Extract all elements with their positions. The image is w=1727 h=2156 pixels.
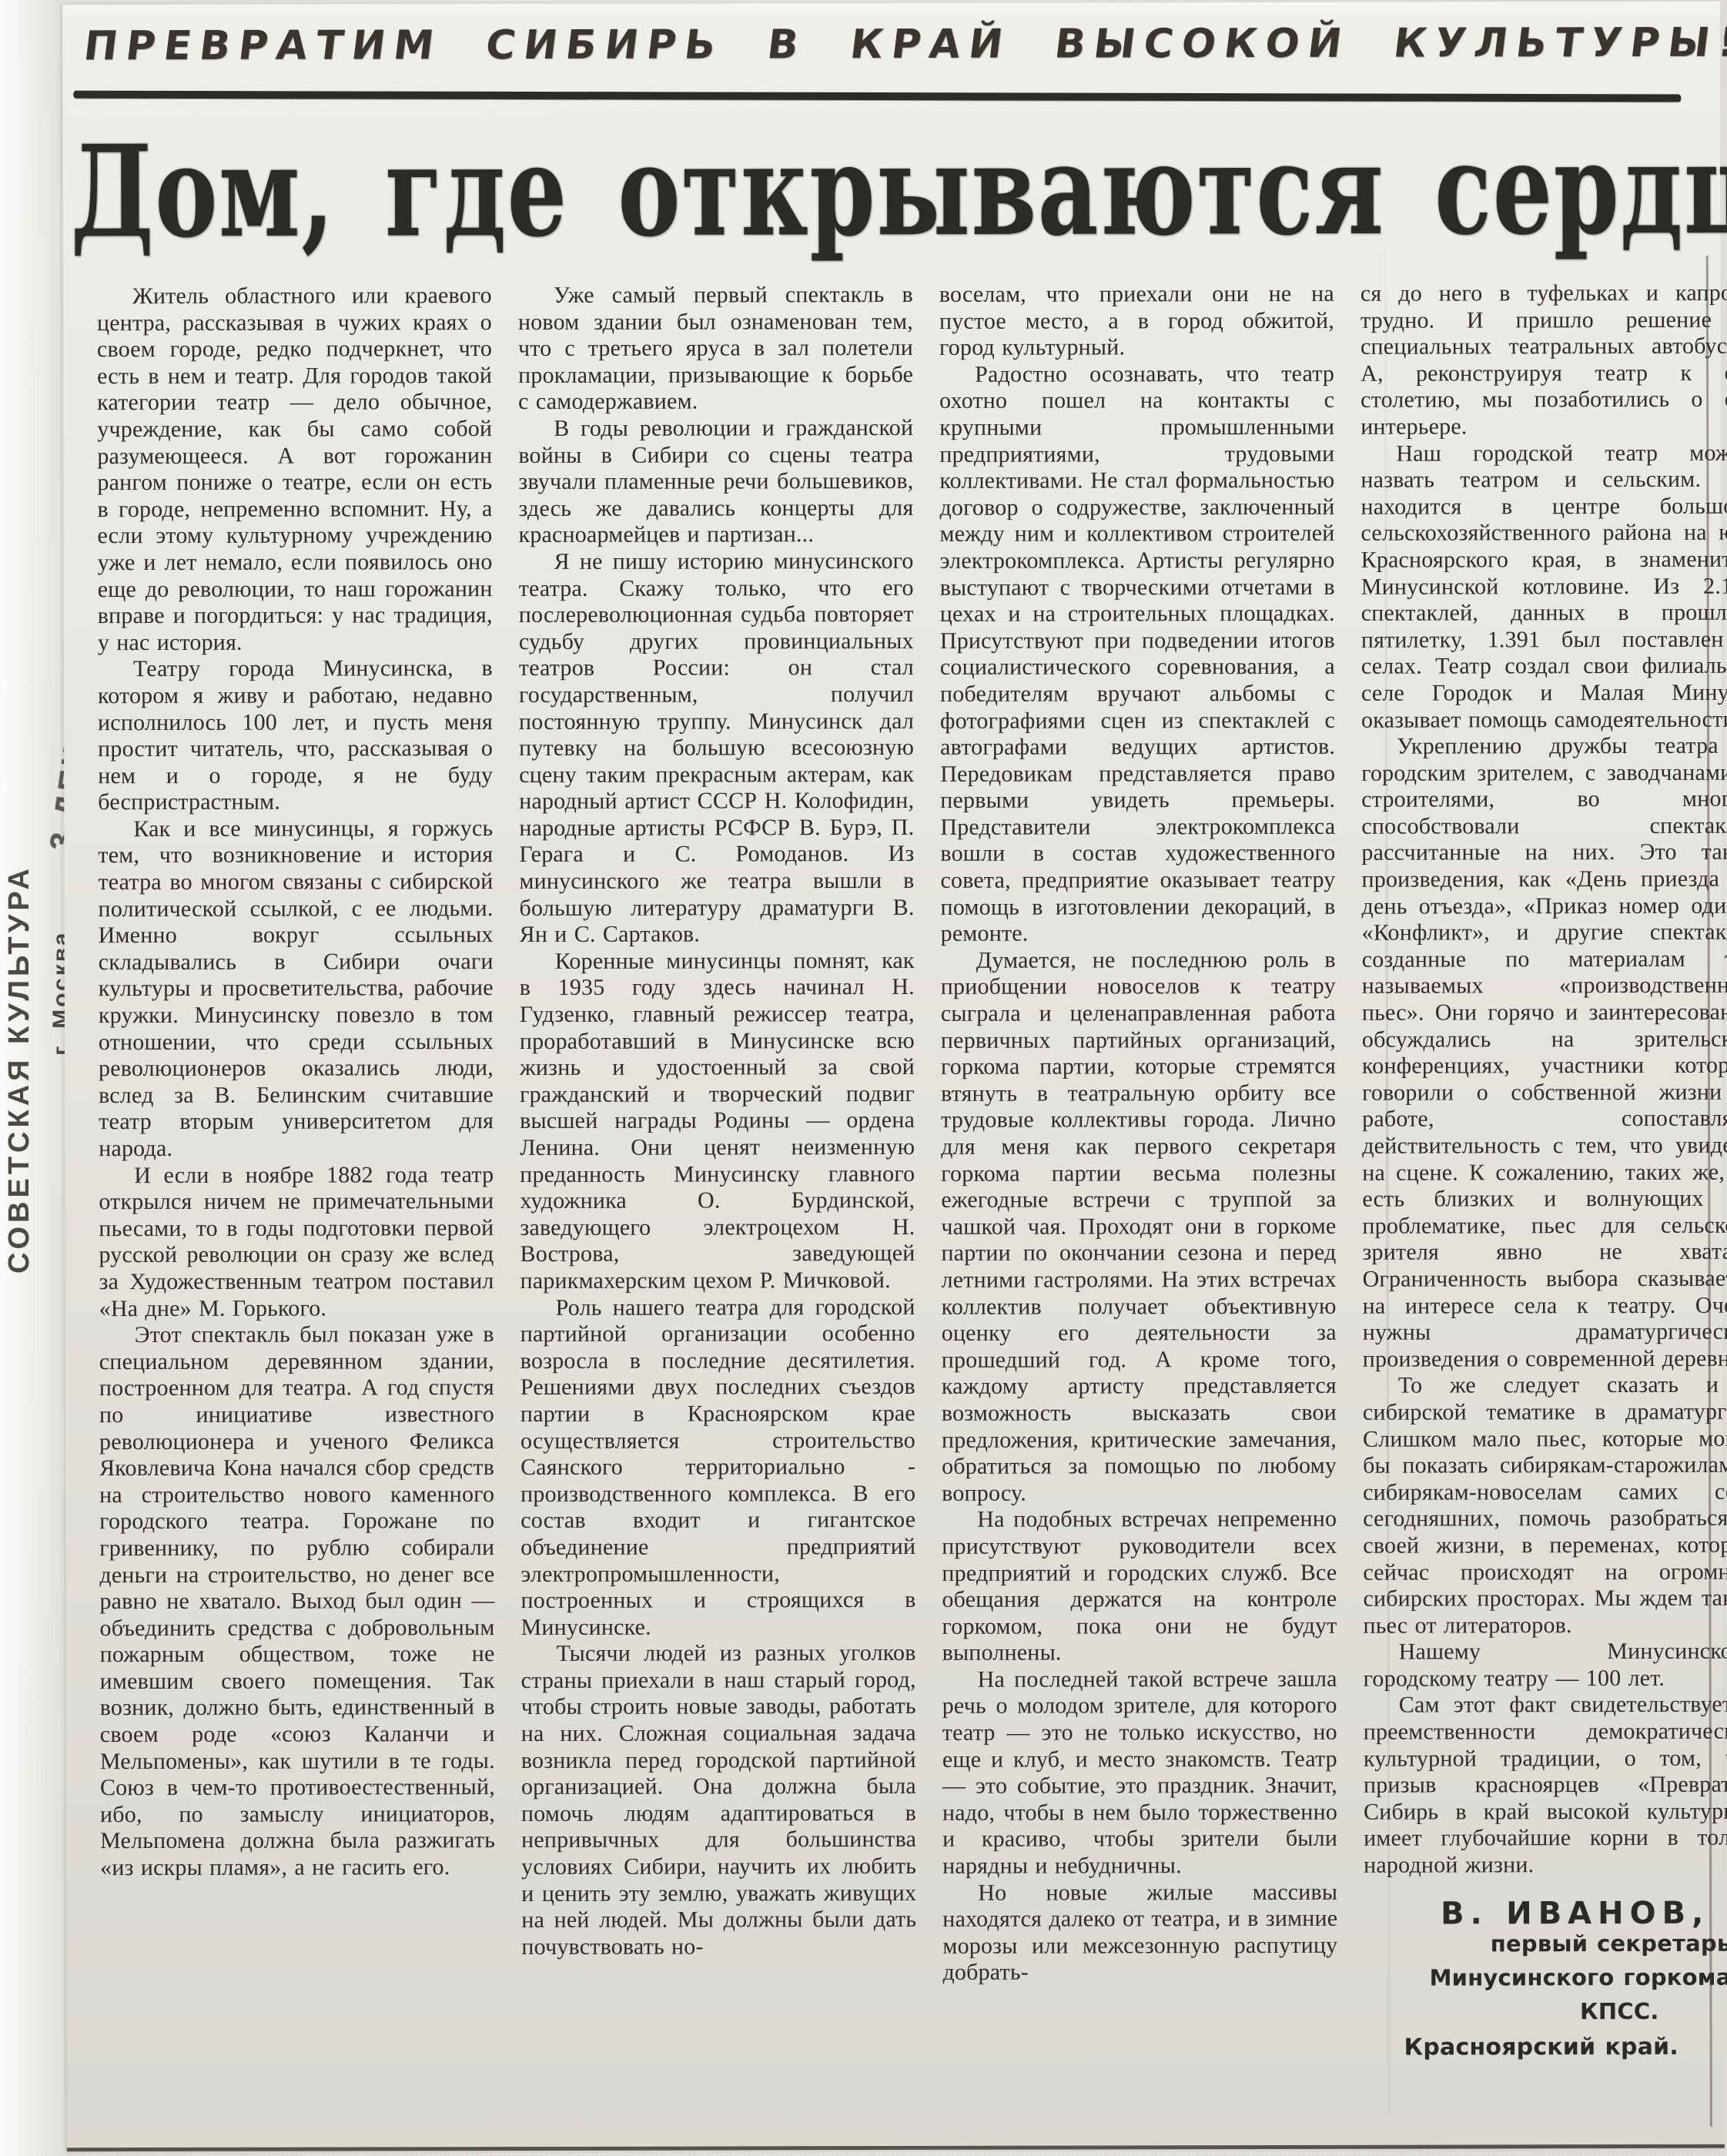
- article-paragraph: Этот спектакль был показан уже в специал…: [99, 1321, 496, 1882]
- article-column-1: Житель областного или краевого центра, р…: [97, 283, 496, 2138]
- article-column-2: Уже самый первый спектакль в новом здани…: [518, 282, 917, 2137]
- article-paragraph: Роль нашего театра для городской партийн…: [520, 1294, 916, 1642]
- signature-role-line: Минусинского горкома: [1364, 1960, 1727, 1995]
- article-paragraph: Нашему Минусинскому городскому театру — …: [1364, 1639, 1727, 1692]
- signature-block: В. ИВАНОВ, первый секретарь Минусинского…: [1364, 1900, 1727, 2061]
- masthead: ПРЕВРАТИМ СИБИРЬ В КРАЙ ВЫСОКОЙ КУЛЬТУРЫ…: [84, 20, 1701, 69]
- masthead-slogan: ПРЕВРАТИМ СИБИРЬ В КРАЙ ВЫСОКОЙ КУЛЬТУРЫ…: [82, 20, 1704, 69]
- article-paragraph: Коренные минусинцы помнят, как в 1935 го…: [520, 948, 915, 1295]
- article-paragraph: Я не пишу историю минусинского театра. С…: [519, 548, 915, 949]
- signature-region: Красноярский край.: [1364, 2034, 1727, 2062]
- scanned-page-background: 3 ДЕК 1982 СОВЕТСКАЯ КУЛЬТУРА г. Москва …: [0, 0, 1727, 2156]
- headline: Дом, где открываются сердца: [70, 115, 1718, 273]
- article-paragraph: Уже самый первый спектакль в новом здани…: [518, 282, 913, 416]
- article-paragraph: Укреплению дружбы театра с городским зри…: [1361, 733, 1727, 1373]
- article-paragraph: воселам, что приехали они не на пустое м…: [939, 281, 1334, 362]
- article-paragraph: Житель областного или краевого центра, р…: [97, 283, 493, 656]
- article-paragraph: Думается, не последнюю роль в приобщении…: [941, 947, 1337, 1508]
- article-paragraph: Но новые жилые массивы находятся далеко …: [942, 1879, 1337, 1986]
- article-paragraph: И если в ноябре 1882 года театр открылся…: [99, 1162, 494, 1323]
- article-paragraph: Наш городской театр можно назвать театро…: [1361, 440, 1727, 734]
- signature-role-line: КПСС.: [1364, 1994, 1727, 2029]
- article-paragraph: На последней такой встрече зашла речь о …: [942, 1666, 1338, 1880]
- article-body: Житель областного или краевого центра, р…: [97, 280, 1727, 2138]
- article-column-4: ся до него в туфельках и капроне трудно.…: [1361, 280, 1727, 2135]
- article-paragraph: ся до него в туфельках и капроне трудно.…: [1361, 280, 1727, 441]
- article-paragraph: В годы революции и гражданской войны в С…: [518, 415, 913, 549]
- article-paragraph: Тысячи людей из разных уголков страны пр…: [521, 1640, 917, 1960]
- masthead-rule: [73, 91, 1681, 102]
- article-paragraph: Радостно осознавать, что театр охотно по…: [939, 361, 1336, 948]
- headline-text: Дом, где открываются сердца: [70, 109, 1727, 271]
- article-paragraph: Сам этот факт свидетельствует о преемств…: [1364, 1692, 1727, 1879]
- article-paragraph: То же следует сказать и о сибирской тема…: [1363, 1372, 1727, 1639]
- article-paragraph: Как и все минусинцы, я горжусь тем, что …: [98, 815, 494, 1163]
- newspaper-name-stamp: СОВЕТСКАЯ КУЛЬТУРА: [3, 842, 40, 1274]
- signature-role-line: первый секретарь: [1364, 1927, 1727, 1961]
- newspaper-clipping: ПРЕВРАТИМ СИБИРЬ В КРАЙ ВЫСОКОЙ КУЛЬТУРЫ…: [62, 2, 1725, 2152]
- signature-name: В. ИВАНОВ,: [1364, 1900, 1727, 1927]
- article-column-3: воселам, что приехали они не на пустое м…: [939, 281, 1338, 2136]
- article-paragraph: На подобных встречах непременно присутст…: [942, 1506, 1337, 1667]
- article-paragraph: Театру города Минусинска, в котором я жи…: [98, 655, 493, 816]
